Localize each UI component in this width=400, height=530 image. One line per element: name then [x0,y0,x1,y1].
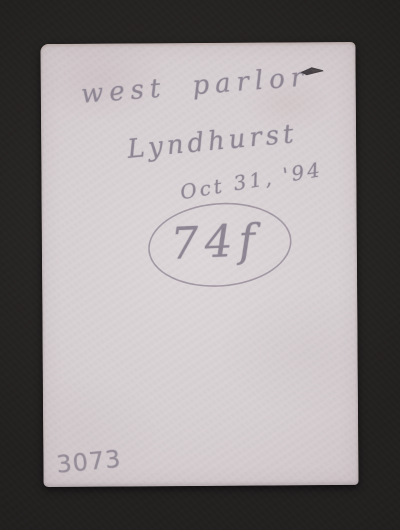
catalog-number: 3073 [55,445,122,479]
circled-number-value: 74f [170,215,262,270]
circled-number: 74f [144,198,296,292]
handwriting-line-estate: Lyndhurst [126,119,299,165]
handwriting-line-date: Oct 31, '94 [178,157,324,204]
ink-smudge-icon [301,66,325,78]
handwriting-line-place: west parlor [80,62,310,109]
photo-verso-card: west parlor Lyndhurst Oct 31, '94 74f 30… [40,42,358,487]
photo-mount-background: west parlor Lyndhurst Oct 31, '94 74f 30… [0,0,400,530]
